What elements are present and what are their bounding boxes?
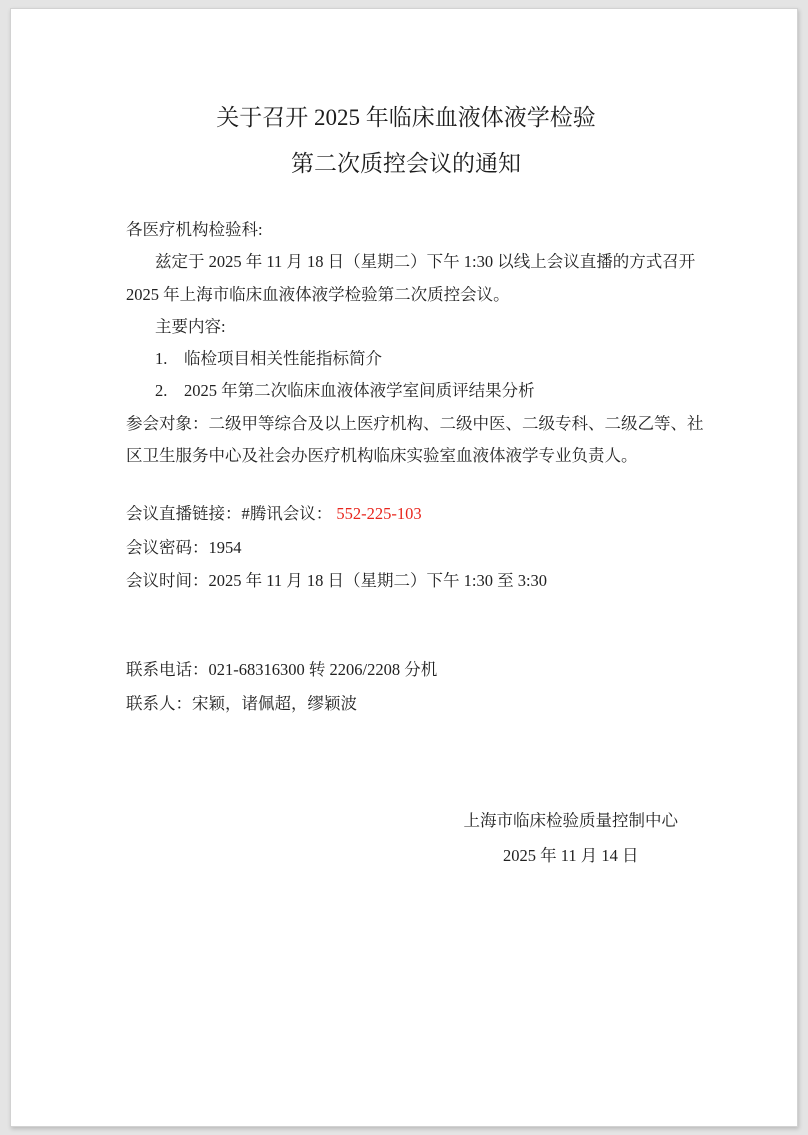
meeting-time-line: 会议时间：2025 年 11 月 18 日（星期二）下午 1:30 至 3:30	[126, 564, 686, 598]
contact-phone-line: 联系电话：021-68316300 转 2206/2208 分机	[126, 653, 686, 687]
meeting-link-line: 会议直播链接：#腾讯会议： 552-225-103	[126, 497, 686, 531]
agenda-item-1-text: 临检项目相关性能指标简介	[184, 349, 382, 368]
contact-info-block: 联系电话：021-68316300 转 2206/2208 分机 联系人：宋颖，…	[126, 653, 686, 721]
participants-line1: 参会对象：二级甲等综合及以上医疗机构、二级中医、二级专科、二级乙等、社	[126, 408, 686, 440]
signature-inner: 上海市临床检验质量控制中心 2025 年 11 月 14 日	[464, 803, 679, 873]
salutation: 各医疗机构检验科:	[126, 214, 686, 246]
agenda-heading: 主要内容:	[126, 311, 686, 343]
agenda-item-2-number: 2.	[155, 375, 184, 407]
contact-person-line: 联系人：宋颖，诸佩超，缪颖波	[126, 687, 686, 721]
paragraph-meeting-announcement-line1: 兹定于 2025 年 11 月 18 日（星期二）下午 1:30 以线上会议直播…	[126, 246, 686, 278]
agenda-item-1: 1.临检项目相关性能指标简介	[126, 343, 686, 375]
document-title-line2: 第二次质控会议的通知	[126, 149, 686, 179]
paragraph-meeting-announcement-line2: 2025 年上海市临床血液体液学检验第二次质控会议。	[126, 279, 686, 311]
meeting-id-value: 552-225-103	[336, 504, 421, 523]
document-body: 各医疗机构检验科: 兹定于 2025 年 11 月 18 日（星期二）下午 1:…	[126, 214, 686, 472]
meeting-password-line: 会议密码：1954	[126, 531, 686, 565]
agenda-item-2: 2.2025 年第二次临床血液体液学室间质评结果分析	[126, 375, 686, 407]
signature-date: 2025 年 11 月 14 日	[464, 838, 679, 873]
document-title-line1: 关于召开 2025 年临床血液体液学检验	[126, 9, 686, 133]
agenda-item-1-number: 1.	[155, 343, 184, 375]
participants-line2: 区卫生服务中心及社会办医疗机构临床实验室血液体液学专业负责人。	[126, 440, 686, 472]
agenda-item-2-text: 2025 年第二次临床血液体液学室间质评结果分析	[184, 381, 535, 400]
signature-organization: 上海市临床检验质量控制中心	[464, 803, 679, 838]
meeting-info-block: 会议直播链接：#腾讯会议： 552-225-103 会议密码：1954 会议时间…	[126, 497, 686, 598]
signature-block: 上海市临床检验质量控制中心 2025 年 11 月 14 日	[126, 803, 686, 873]
meeting-link-label: 会议直播链接：#腾讯会议：	[126, 504, 332, 523]
document-viewer-background: 关于召开 2025 年临床血液体液学检验 第二次质控会议的通知 各医疗机构检验科…	[0, 0, 808, 1135]
document-page: 关于召开 2025 年临床血液体液学检验 第二次质控会议的通知 各医疗机构检验科…	[10, 8, 798, 1127]
